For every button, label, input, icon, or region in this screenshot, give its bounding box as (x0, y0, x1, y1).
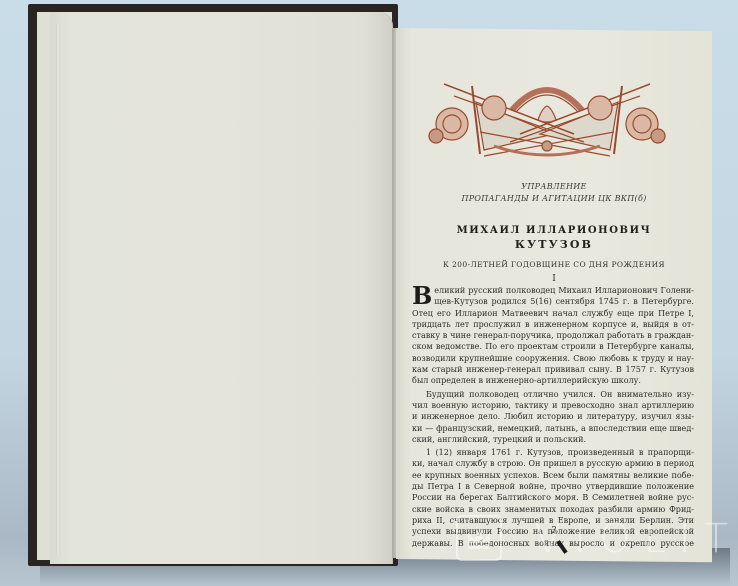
text-line: ки — французский, немецкий, латынь, а вп… (412, 423, 694, 434)
page-crease (56, 24, 60, 554)
body-text: В еликий русский полководец Михаил Иллар… (412, 285, 694, 549)
left-page (50, 12, 392, 564)
watermark: VIOLITY (456, 515, 718, 565)
drop-cap: В (412, 286, 432, 306)
text-line: возводили крупнейшие сооружения. Свою лю… (412, 353, 694, 364)
text-line: ее крупных военных успехов. Всем были па… (412, 470, 694, 481)
text-line: ские войска в своих знаменитых походах р… (412, 504, 694, 515)
text-line: чил военную историю, тактику и превосход… (412, 400, 694, 411)
watermark-text: VIOLITY (534, 517, 738, 561)
text-line: был определен в инженерно-артиллерийскую… (412, 375, 694, 386)
text-line: 1 (12) января 1761 г. Кутузов, произведе… (412, 447, 694, 458)
text-line: щев-Кутузов родился 5(16) сентября 1745 … (412, 296, 694, 307)
paragraph-2: Будущий полководец отлично учился. Он вн… (412, 389, 694, 445)
department-heading: УПРАВЛЕНИЕ ПРОПАГАНДЫ И АГИТАЦИИ ЦК ВКП(… (396, 181, 712, 205)
ornament-vignette-icon (424, 72, 670, 162)
text-line: ский, английский, турецкий и польский. (412, 434, 694, 445)
text-line: тридцать лет прослужил в инженерном корп… (412, 319, 694, 330)
paragraph-1: В еликий русский полководец Михаил Иллар… (412, 285, 694, 387)
subtitle: К 200-ЛЕТНЕЙ ГОДОВЩИНЕ СО ДНЯ РОЖДЕНИЯ (396, 260, 712, 269)
watermark-logo-box (456, 515, 502, 561)
crown-icon (458, 517, 500, 559)
text-line: кам старый инженер-генерал прививал сыну… (412, 364, 694, 375)
text-line: еликий русский полководец Михаил Илларио… (412, 285, 694, 296)
text-line: Отец его Илларион Матвеевич начал службу… (412, 308, 694, 319)
title-block: МИХАИЛ ИЛЛАРИОНОВИЧ КУТУЗОВ (396, 224, 712, 252)
first-names: МИХАИЛ ИЛЛАРИОНОВИЧ (396, 224, 712, 238)
section-number: I (396, 274, 712, 284)
surname: КУТУЗОВ (396, 238, 712, 252)
text-line: Будущий полководец отлично учился. Он вн… (412, 389, 694, 400)
text-line: ском ведомстве. По его проектам строили … (412, 341, 694, 352)
right-page: УПРАВЛЕНИЕ ПРОПАГАНДЫ И АГИТАЦИИ ЦК ВКП(… (396, 28, 712, 562)
text-line: ки, начал службу в строю. Он пришел в ру… (412, 458, 694, 469)
text-line: ставку в чине генерал-поручика, продолжа… (412, 330, 694, 341)
text-line: России на берегах Балтийского моря. В Се… (412, 492, 694, 503)
text-line: и инженерное дело. Любил историю и литер… (412, 411, 694, 422)
department-line-2: ПРОПАГАНДЫ И АГИТАЦИИ ЦК ВКП(б) (396, 193, 712, 205)
text-line: ды Петра I в Северной войне, прочно утве… (412, 481, 694, 492)
department-line-1: УПРАВЛЕНИЕ (396, 181, 712, 193)
